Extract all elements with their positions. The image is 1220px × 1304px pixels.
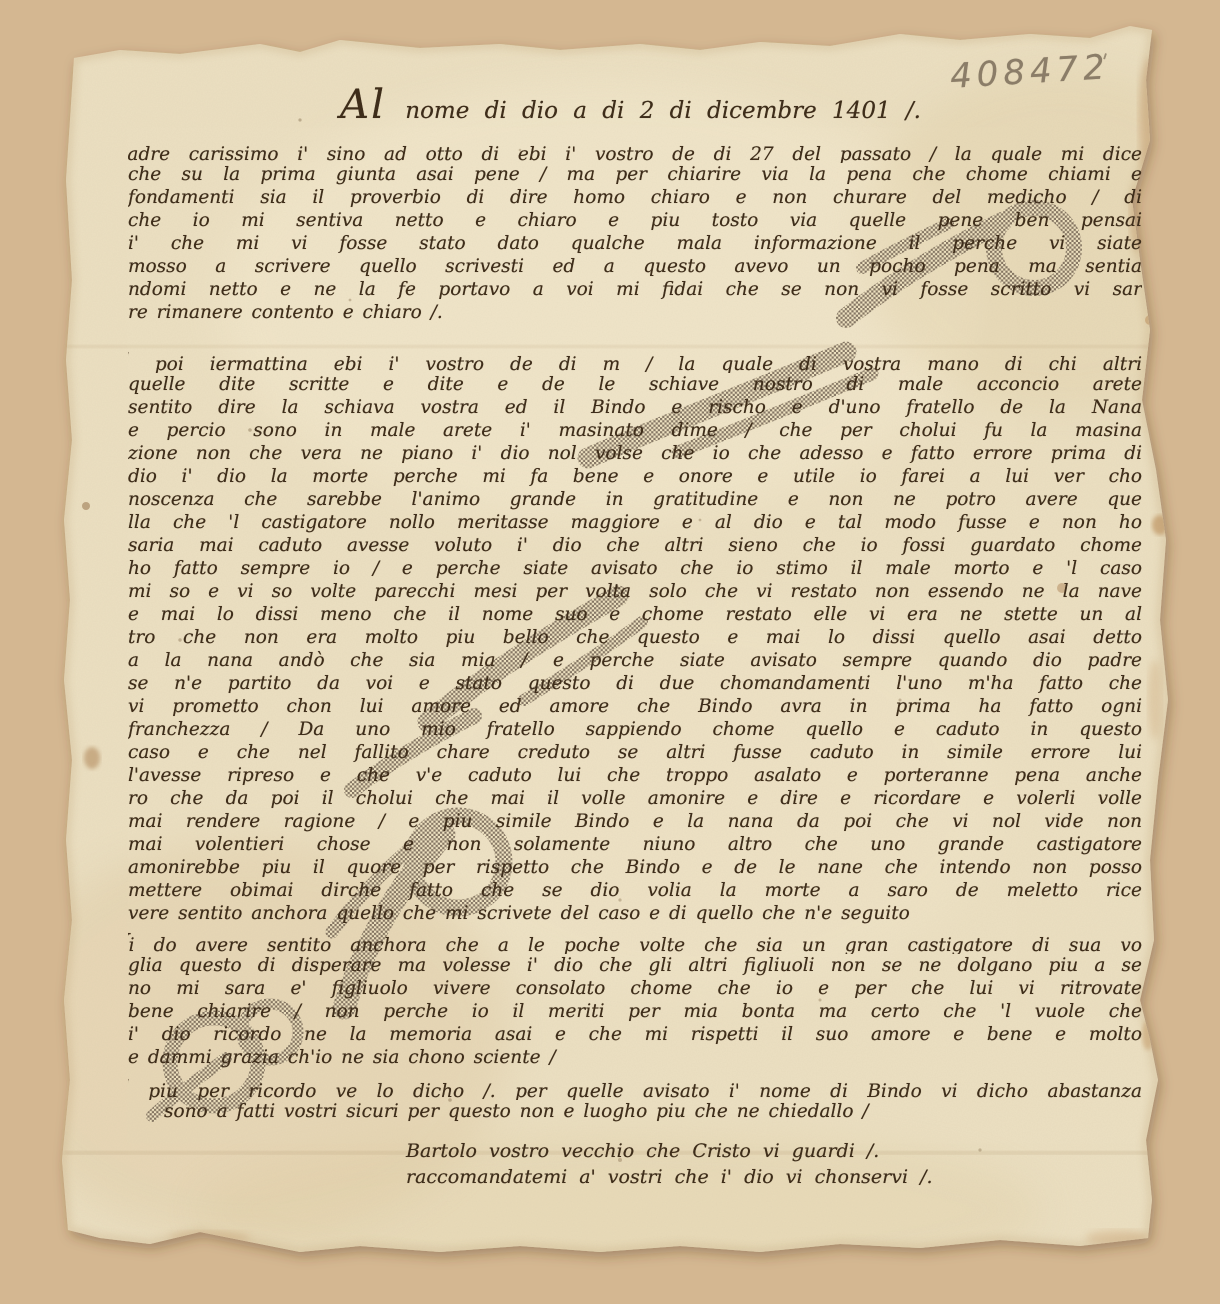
manuscript-line: mai rendere ragione / e piu simile Bindo… — [128, 810, 1142, 833]
paragraph-initial: E — [128, 350, 129, 373]
manuscript-line: amonirebbe piu il quore per rispetto che… — [128, 856, 1142, 879]
manuscript-line: noscenza che sarebbe l'animo grande in g… — [128, 488, 1142, 511]
manuscript-line: ndomi netto e ne la fe portavo a voi mi … — [128, 278, 1142, 301]
manuscript-line: e mai lo dissi meno che il nome suo e ch… — [128, 603, 1142, 626]
manuscript-line: E poi iermattina ebi i' vostro de di m /… — [128, 350, 1142, 373]
manuscript-line: E piu per ricordo ve lo dicho /. per que… — [128, 1077, 1142, 1100]
manuscript-line: a la nana andò che sia mia / e perche si… — [128, 649, 1142, 672]
paragraph-initial: E — [128, 1077, 129, 1100]
manuscript-line: caso e che nel fallito chare creduto se … — [128, 741, 1142, 764]
manuscript-line: mettere obimai dirche fatto che se dio v… — [128, 879, 1142, 902]
manuscript-line: mosso a scrivere quello scrivesti ed a q… — [128, 255, 1142, 278]
manuscript-line: bene chiarire / non perche io il meriti … — [128, 1000, 1142, 1023]
manuscript-line: dio i' dio la morte perche mi fa bene e … — [128, 465, 1142, 488]
manuscript-line: vere sentito anchora quello che mi scriv… — [128, 902, 1142, 925]
manuscript-line: Padre carissimo i' sino ad otto di ebi i… — [128, 140, 1142, 163]
manuscript-line: i' che mi vi fosse stato dato qualche ma… — [128, 232, 1142, 255]
manuscript-line: re rimanere contento e chiaro /. — [128, 301, 1142, 324]
manuscript-line: no mi sara e' figliuolo vivere consolato… — [128, 977, 1142, 1000]
manuscript-line: ho fatto sempre io / e perche siate avis… — [128, 557, 1142, 580]
manuscript-line: mi so e vi so volte parecchi mesi per vo… — [128, 580, 1142, 603]
paragraph: E piu per ricordo ve lo dicho /. per que… — [128, 1077, 1142, 1123]
manuscript-line: che io mi sentiva netto e chiaro e piu t… — [128, 209, 1142, 232]
manuscript-text: Al nome di dio a di 2 di dicembre 1401 /… — [128, 82, 1142, 1190]
manuscript-line: e percio sono in male arete i' masinato … — [128, 419, 1142, 442]
manuscript-line: sono a fatti vostri sicuri per questo no… — [128, 1100, 1142, 1123]
manuscript-scan: 408472 ' Al nome di dio a di 2 di dicemb… — [0, 0, 1220, 1304]
signature-line: raccomandatemi a' vostri che i' dio vi c… — [406, 1164, 1142, 1190]
manuscript-line: che su la prima giunta asai pene / ma pe… — [128, 163, 1142, 186]
dateline-text: nome di dio a di 2 di dicembre 1401 /. — [390, 98, 921, 124]
manuscript-line: tro che non era molto piu bello che ques… — [128, 626, 1142, 649]
dateline-initial: Al — [340, 82, 386, 128]
manuscript-line: Vi do avere sentito anchora che a le poc… — [128, 931, 1142, 954]
paragraph-initial: V — [128, 931, 129, 954]
manuscript-line: fondamenti sia il proverbio di dire homo… — [128, 186, 1142, 209]
manuscript-line: mai volentieri chose e non solamente niu… — [128, 833, 1142, 856]
signature-block: Bartolo vostro vecchio che Cristo vi gua… — [406, 1138, 1142, 1190]
manuscript-line: glia questo di disperare ma volesse i' d… — [128, 954, 1142, 977]
manuscript-line: sentito dire la schiava vostra ed il Bin… — [128, 396, 1142, 419]
manuscript-line: franchezza / Da uno mio fratello sappien… — [128, 718, 1142, 741]
paragraph: E poi iermattina ebi i' vostro de di m /… — [128, 350, 1142, 925]
paragraph: Vi do avere sentito anchora che a le poc… — [128, 931, 1142, 1069]
manuscript-line: lla che 'l castigatore nollo meritasse m… — [128, 511, 1142, 534]
manuscript-body: Padre carissimo i' sino ad otto di ebi i… — [128, 140, 1142, 1123]
manuscript-line: quelle dite scritte e dite e de le schia… — [128, 373, 1142, 396]
dateline: Al nome di dio a di 2 di dicembre 1401 /… — [340, 82, 1142, 118]
manuscript-line: i' dio ricordo ne la memoria asai e che … — [128, 1023, 1142, 1046]
manuscript-line: zione non che vera ne piano i' dio nol v… — [128, 442, 1142, 465]
manuscript-line: vi prometto chon lui amore ed amore che … — [128, 695, 1142, 718]
manuscript-line: l'avesse ripreso e che v'e caduto lui ch… — [128, 764, 1142, 787]
signature-line: Bartolo vostro vecchio che Cristo vi gua… — [406, 1138, 1142, 1164]
paragraph: Padre carissimo i' sino ad otto di ebi i… — [128, 140, 1142, 324]
manuscript-line: e dammi grazia ch'io ne sia chono scient… — [128, 1046, 1142, 1069]
manuscript-line: se n'e partito da voi e stato questo di … — [128, 672, 1142, 695]
manuscript-line: saria mai caduto avesse voluto i' dio ch… — [128, 534, 1142, 557]
manuscript-line: ro che da poi il cholui che mai il volle… — [128, 787, 1142, 810]
